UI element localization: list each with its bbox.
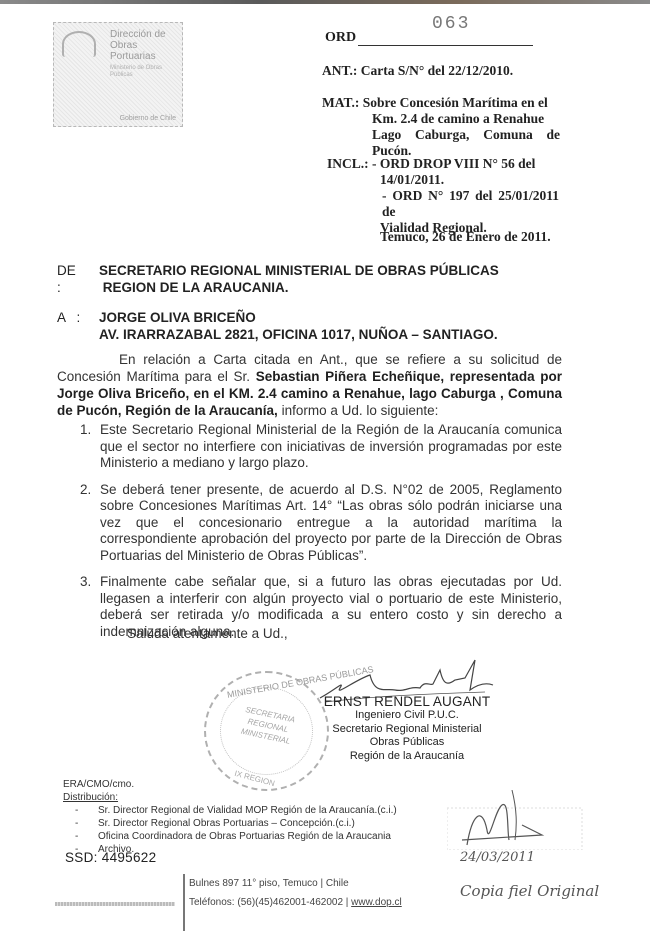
incl-line-3: - ORD N° 197 del 25/01/2011 de (327, 188, 559, 220)
official-stamp: MINISTERIO DE OBRAS PÚBLICAS SECRETARIA … (204, 671, 329, 791)
distribution-item: Sr. Director Regional de Vialidad MOP Re… (63, 804, 397, 817)
signer-title-1: Ingeniero Civil P.U.C. (322, 709, 492, 723)
incl-line-1: INCL.: - ORD DROP VIII N° 56 del (327, 156, 559, 172)
signer-title-2: Secretario Regional Ministerial (322, 723, 492, 737)
handwritten-initials-icon (447, 790, 597, 850)
letter-date: Temuco, 26 de Enero de 2011. (380, 229, 551, 245)
distribution-title: Distribución: (63, 791, 397, 804)
logo-subtitle: Ministerio de Obras Públicas (110, 65, 180, 79)
mat-line-2: Km. 2.4 de camino a Renahue (322, 111, 560, 127)
signer-block: ERNST RENDEL AUGANT Ingeniero Civil P.U.… (322, 694, 492, 763)
list-item-text: Se deberá tener presente, de acuerdo al … (100, 482, 562, 563)
office-address: Bulnes 897 11° piso, Temuco | Chile Telé… (183, 874, 402, 931)
scan-top-edge (0, 0, 650, 4)
logo-footer: Gobierno de Chile (120, 115, 176, 122)
subject-reference: MAT.: Sobre Concesión Marítima en el Km.… (322, 95, 560, 159)
ord-underline (358, 45, 533, 46)
ord-number-block: ORD 063 (325, 30, 356, 46)
closing-salutation: Saluda atentamente a Ud., (127, 626, 288, 641)
inclusions-reference: INCL.: - ORD DROP VIII N° 56 del 14/01/2… (327, 156, 559, 236)
faded-footer-text (55, 902, 175, 906)
from-line-1: SECRETARIO REGIONAL MINISTERIAL DE OBRAS… (99, 262, 499, 279)
distribution-item: Oficina Coordinadora de Obras Portuarias… (63, 830, 397, 843)
ministry-logo: Dirección de Obras Portuarias Ministerio… (53, 22, 183, 127)
incl-line-1-text: - ORD DROP VIII N° 56 del (372, 156, 535, 171)
list-item-number: 2. (80, 482, 91, 499)
ant-label: ANT.: (322, 63, 357, 78)
signer-title-4: Región de la Araucanía (322, 750, 492, 764)
handwritten-date: 24/03/2011 (460, 850, 535, 865)
ord-label: ORD (325, 30, 356, 46)
ord-number: 063 (432, 14, 470, 34)
ant-text: Carta S/N° del 22/12/2010. (361, 63, 513, 78)
handwritten-certification: Copia fiel Original (460, 882, 599, 900)
website-link[interactable]: www.dop.cl (351, 897, 402, 908)
signer-name: ERNST RENDEL AUGANT (322, 694, 492, 709)
from-line-2: REGION DE LA ARAUCANIA. (99, 279, 499, 296)
incl-line-2: 14/01/2011. (327, 172, 559, 188)
intro-text-2: informo a Ud. lo siguiente: (278, 403, 439, 418)
list-item-number: 1. (80, 422, 91, 439)
typist-initials: ERA/CMO/cmo. (63, 778, 397, 791)
logo-text: Dirección de Obras Portuarias (110, 29, 180, 62)
from-label: DE : (57, 262, 76, 296)
address-line: Bulnes 897 11° piso, Temuco | Chile (189, 874, 402, 893)
list-item: 2. Se deberá tener presente, de acuerdo … (80, 482, 562, 565)
signer-title-3: Obras Públicas (322, 736, 492, 750)
distribution-item: Sr. Director Regional Obras Portuarias –… (63, 817, 397, 830)
mat-label: MAT.: (322, 95, 359, 110)
numbered-list: 1. Este Secretario Regional Ministerial … (80, 422, 562, 650)
to-line-2: AV. IRARRAZABAL 2821, OFICINA 1017, NUÑO… (99, 326, 498, 343)
antecedent-reference: ANT.: Carta S/N° del 22/12/2010. (322, 63, 513, 79)
list-item: 1. Este Secretario Regional Ministerial … (80, 422, 562, 472)
distribution-block: ERA/CMO/cmo. Distribución: Sr. Director … (63, 778, 397, 856)
mat-line-3: Lago Caburga, Comuna de Pucón. (322, 127, 560, 159)
ssd-number: SSD: 4495622 (65, 850, 156, 865)
intro-paragraph: En relación a Carta citada en Ant., que … (57, 351, 562, 419)
list-item-number: 3. (80, 574, 91, 591)
phone-line: Teléfonos: (56)(45)462001-462002 | www.d… (189, 893, 402, 912)
to-line-1: JORGE OLIVA BRICEÑO (99, 309, 498, 326)
incl-label: INCL.: (327, 156, 369, 171)
logo-emblem-icon (62, 31, 96, 57)
phone-numbers: Teléfonos: (56)(45)462001-462002 | (189, 897, 351, 908)
mat-line-1: Sobre Concesión Marítima en el (363, 95, 548, 110)
to-label: A : (57, 309, 80, 326)
list-item-text: Este Secretario Regional Ministerial de … (100, 422, 562, 470)
